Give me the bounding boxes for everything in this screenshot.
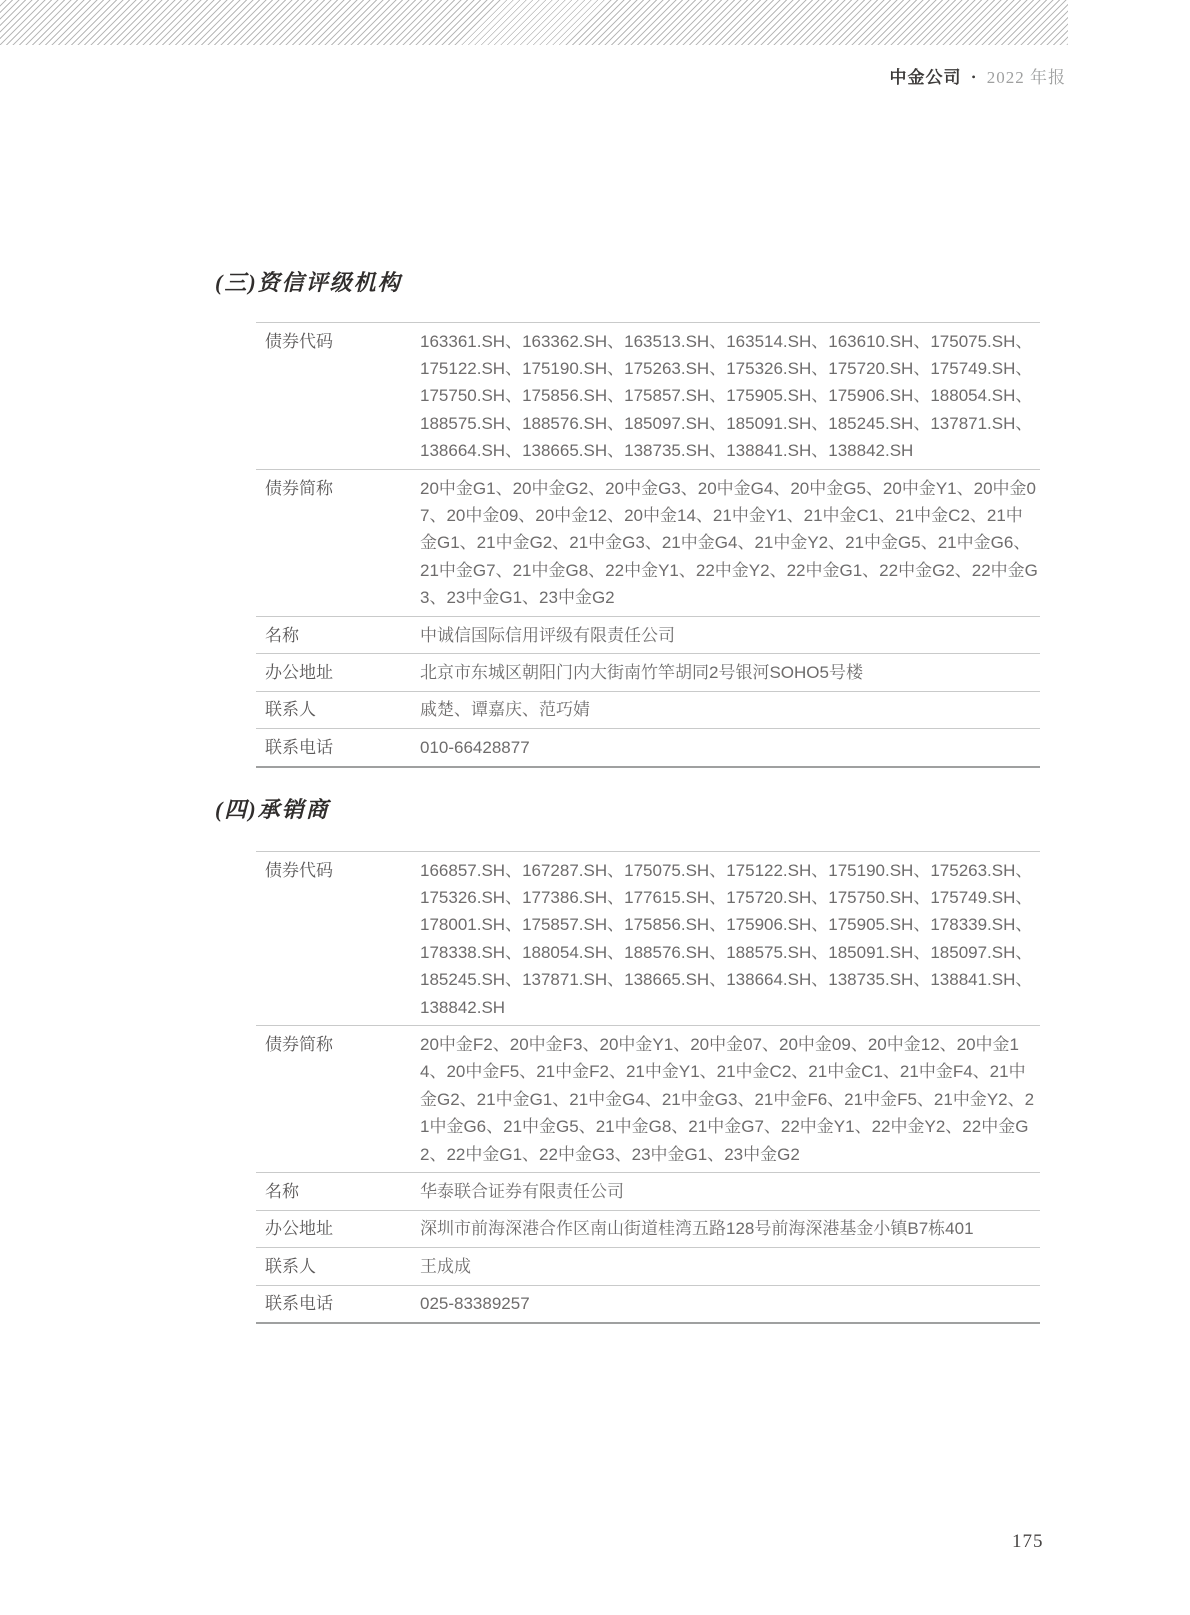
table-row-bond-names: 债券简称 20中金G1、20中金G2、20中金G3、20中金G4、20中金G5、… [256, 470, 1040, 617]
table-row-contact-person: 联系人 戚楚、谭嘉庆、范巧婧 [256, 692, 1040, 729]
row-value: 025-83389257 [420, 1290, 1040, 1317]
row-label: 债券简称 [256, 1031, 420, 1168]
row-label: 联系电话 [256, 1290, 420, 1317]
row-label: 联系电话 [256, 734, 420, 761]
table-row-bond-names: 债券简称 20中金F2、20中金F3、20中金Y1、20中金07、20中金09、… [256, 1026, 1040, 1173]
row-value: 010-66428877 [420, 734, 1040, 761]
row-value: 王成成 [420, 1253, 1040, 1280]
row-value: 华泰联合证券有限责任公司 [420, 1178, 1040, 1205]
credit-rating-agency-table: 债券代码 163361.SH、163362.SH、163513.SH、16351… [256, 322, 1040, 768]
row-label: 债券代码 [256, 328, 420, 465]
decorative-hatch-band [0, 0, 1068, 45]
row-value: 中诚信国际信用评级有限责任公司 [420, 622, 1040, 649]
row-label: 名称 [256, 1178, 420, 1205]
table-row-contact-phone: 联系电话 010-66428877 [256, 729, 1040, 767]
row-value: 166857.SH、167287.SH、175075.SH、175122.SH、… [420, 857, 1040, 1021]
row-label: 名称 [256, 622, 420, 649]
table-row-bond-codes: 债券代码 166857.SH、167287.SH、175075.SH、17512… [256, 852, 1040, 1026]
running-header: 中金公司•2022 年报 [890, 63, 1066, 88]
underwriter-table: 债券代码 166857.SH、167287.SH、175075.SH、17512… [256, 851, 1040, 1324]
page-number: 175 [1012, 1531, 1044, 1553]
header-report-title: 2022 年报 [987, 68, 1066, 87]
section-title-credit-rating-agency: (三)资信评级机构 [215, 266, 402, 297]
table-row-contact-person: 联系人 王成成 [256, 1248, 1040, 1285]
table-row-bond-codes: 债券代码 163361.SH、163362.SH、163513.SH、16351… [256, 323, 1040, 470]
row-label: 债券代码 [256, 857, 420, 1021]
annual-report-page: 中金公司•2022 年报 (三)资信评级机构 债券代码 163361.SH、16… [0, 0, 1190, 1615]
row-label: 联系人 [256, 696, 420, 723]
table-row-office-address: 办公地址 北京市东城区朝阳门内大街南竹竿胡同2号银河SOHO5号楼 [256, 654, 1040, 691]
header-company-name: 中金公司 [890, 68, 962, 87]
row-value: 20中金G1、20中金G2、20中金G3、20中金G4、20中金G5、20中金Y… [420, 475, 1040, 612]
row-value: 20中金F2、20中金F3、20中金Y1、20中金07、20中金09、20中金1… [420, 1031, 1040, 1168]
table-row-contact-phone: 联系电话 025-83389257 [256, 1286, 1040, 1324]
row-value: 戚楚、谭嘉庆、范巧婧 [420, 696, 1040, 723]
header-separator-dot: • [972, 70, 977, 84]
table-row-name: 名称 中诚信国际信用评级有限责任公司 [256, 617, 1040, 654]
row-value: 深圳市前海深港合作区南山街道桂湾五路128号前海深港基金小镇B7栋401 [420, 1215, 1040, 1242]
row-value: 北京市东城区朝阳门内大街南竹竿胡同2号银河SOHO5号楼 [420, 659, 1040, 686]
table-row-name: 名称 华泰联合证券有限责任公司 [256, 1173, 1040, 1210]
table-row-office-address: 办公地址 深圳市前海深港合作区南山街道桂湾五路128号前海深港基金小镇B7栋40… [256, 1211, 1040, 1248]
row-value: 163361.SH、163362.SH、163513.SH、163514.SH、… [420, 328, 1040, 465]
row-label: 办公地址 [256, 659, 420, 686]
row-label: 联系人 [256, 1253, 420, 1280]
row-label: 办公地址 [256, 1215, 420, 1242]
section-title-underwriter: (四)承销商 [215, 793, 330, 824]
row-label: 债券简称 [256, 475, 420, 612]
